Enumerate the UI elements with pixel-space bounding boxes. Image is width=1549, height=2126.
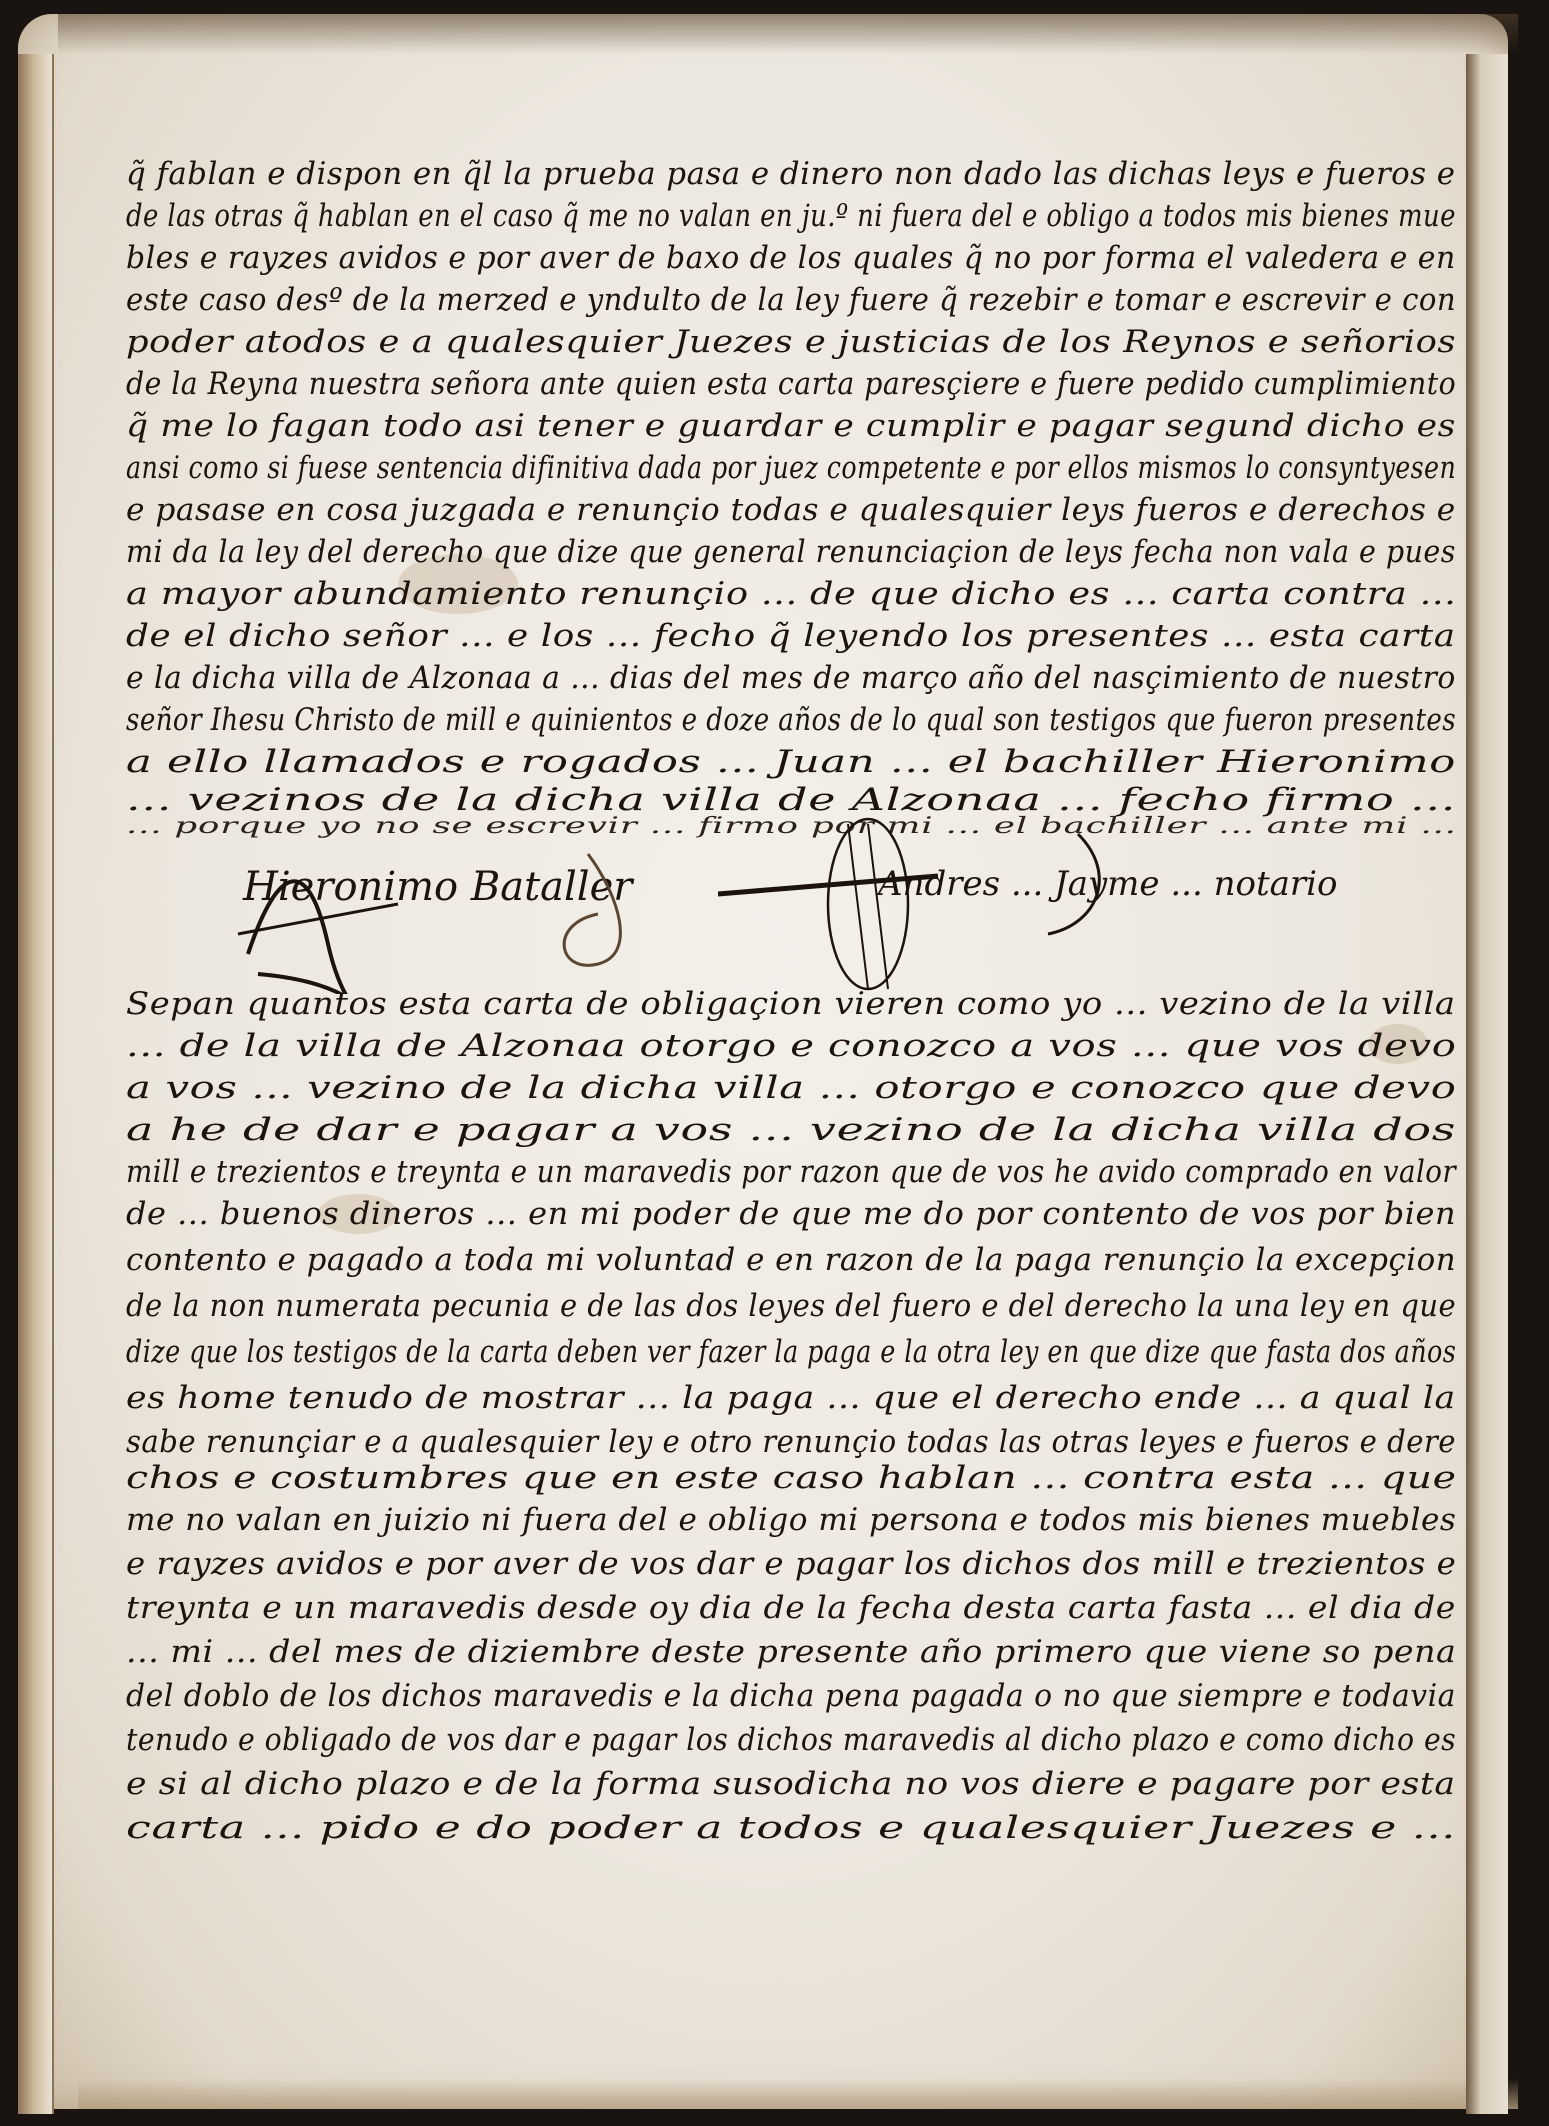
text-line: q̃ me lo fagan todo asi tener e guardar … (126, 408, 1456, 444)
page-bottom-edge (78, 2079, 1518, 2109)
text-line: ansi como si fuese sentencia difinitiva … (126, 450, 1456, 486)
text-line: e la dicha villa de Alzonaa a ... dias d… (126, 660, 1456, 696)
page-top-edge (58, 14, 1518, 54)
text-line: bles e rayzes avidos e por aver de baxo … (126, 240, 1456, 276)
text-line: a he de dar e pagar a vos ... vezino de … (126, 1112, 1456, 1148)
text-line: dize que los testigos de la carta deben … (126, 1334, 1456, 1370)
text-line: de ... buenos dineros ... en mi poder de… (126, 1196, 1456, 1232)
text-line: señor Ihesu Christo de mill e quinientos… (126, 702, 1456, 738)
text-line: mi da la ley del derecho que dize que ge… (126, 534, 1456, 570)
text-line: del doblo de los dichos maravedis e la d… (126, 1678, 1456, 1714)
text-line: de la non numerata pecunia e de las dos … (126, 1288, 1456, 1324)
text-line: e pasase en cosa juzgada e renunçio toda… (126, 492, 1456, 528)
text-line: a vos ... vezino de la dicha villa ... o… (126, 1070, 1457, 1106)
text-line: poder atodos e a qualesquier Juezes e ju… (126, 324, 1456, 360)
manuscript-page: q̃ fablan e dispon en q̃l la prueba pasa… (18, 14, 1508, 2109)
text-line: de el dicho señor ... e los ... fecho q̃… (126, 618, 1456, 654)
text-line: de las otras q̃ hablan en el caso q̃ me … (126, 198, 1456, 234)
text-line: de la Reyna nuestra señora ante quien es… (126, 366, 1456, 402)
text-line: q̃ fablan e dispon en q̃l la prueba pasa… (126, 156, 1456, 192)
text-line: e si al dicho plazo e de la forma susodi… (126, 1766, 1456, 1802)
text-line: a mayor abundamiento renunçio ... de que… (126, 576, 1456, 612)
text-line: treynta e un maravedis desde oy dia de l… (126, 1590, 1456, 1626)
text-line: mill e trezientos e treynta e un maraved… (126, 1154, 1456, 1190)
margin-rule (52, 54, 54, 2114)
text-line: este caso desº de la merzed e yndulto de… (126, 282, 1456, 318)
text-line: ... mi ... del mes de diziembre deste pr… (126, 1634, 1456, 1670)
text-line: ... vezinos de la dicha villa de Alzonaa… (126, 782, 1456, 818)
book-gutter (18, 54, 52, 2114)
text-line: ... de la villa de Alzonaa otorgo e cono… (126, 1028, 1457, 1064)
text-line: e rayzes avidos e por aver de vos dar e … (126, 1546, 1456, 1582)
text-line: Sepan quantos esta carta de obligaçion v… (126, 986, 1456, 1022)
text-line: contento e pagado a toda mi voluntad e e… (126, 1242, 1456, 1278)
adjacent-leaf-edge (1466, 54, 1508, 2114)
notary-rubric-icon (718, 814, 1178, 994)
text-line: es home tenudo de mostrar ... la paga ..… (126, 1380, 1456, 1416)
text-line: a ello llamados e rogados ... Juan ... e… (126, 744, 1456, 780)
text-line: carta ... pido e do poder a todos e qual… (126, 1810, 1456, 1846)
text-line: sabe renunçiar e a qualesquier ley e otr… (126, 1424, 1456, 1460)
text-line: chos e costumbres que en este caso habla… (126, 1460, 1457, 1496)
text-line: tenudo e obligado de vos dar e pagar los… (126, 1722, 1456, 1758)
text-line: me no valan en juizio ni fuera del e obl… (126, 1502, 1456, 1538)
rubric-flourish-icon (218, 834, 678, 994)
